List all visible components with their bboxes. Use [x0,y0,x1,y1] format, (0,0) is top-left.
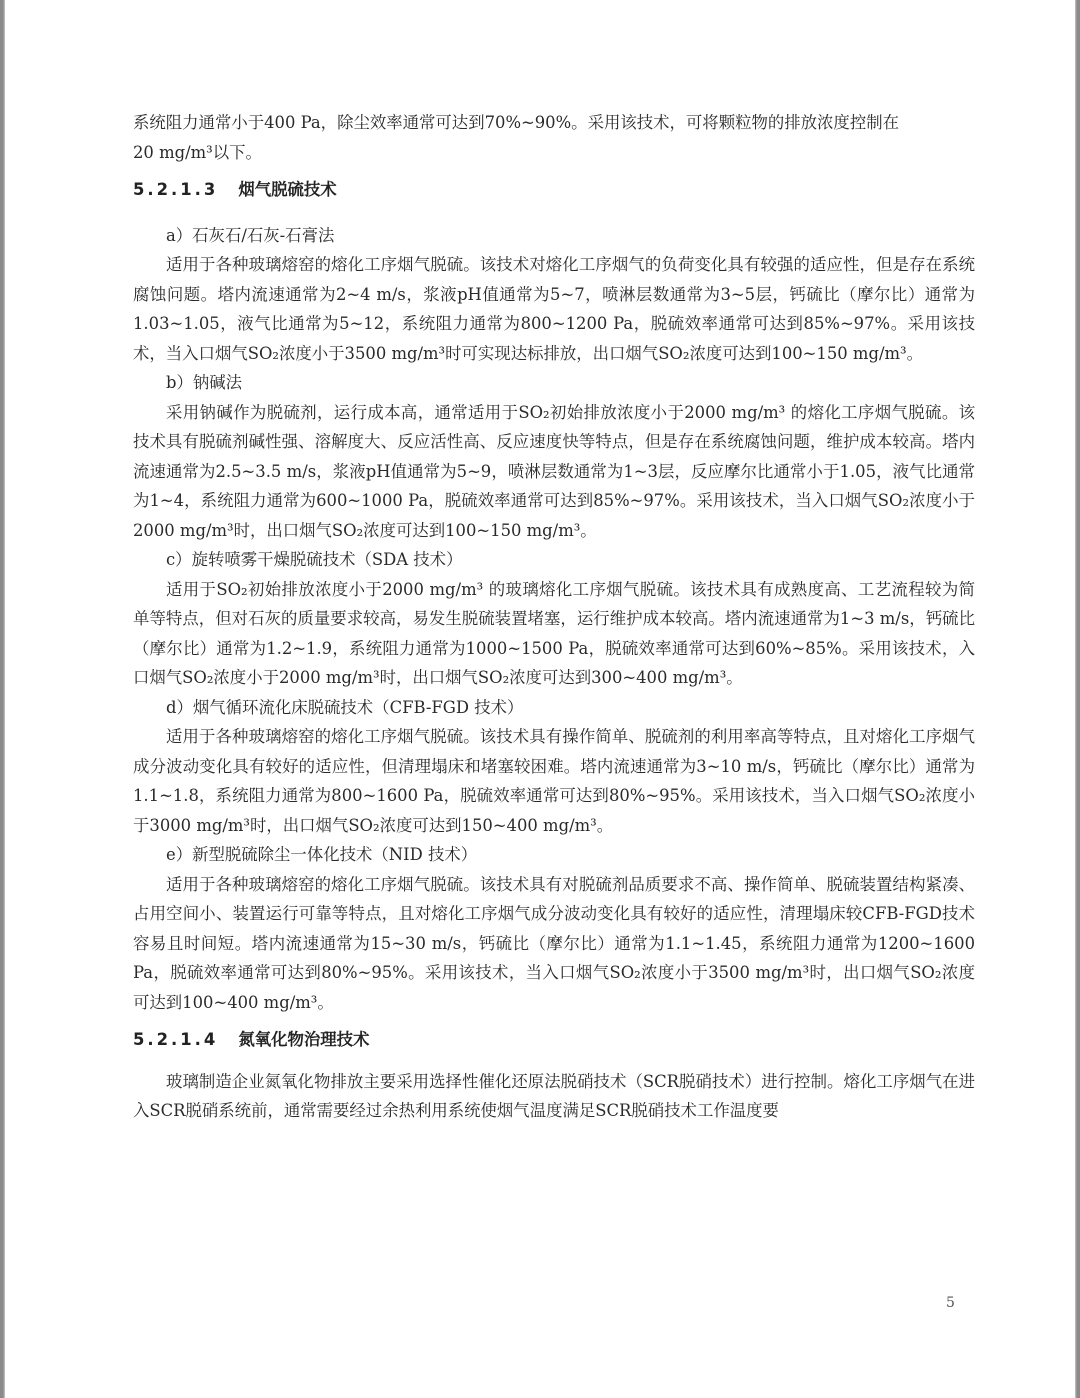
page-edge-left [0,0,5,1398]
item-c-title: c）旋转喷雾干燥脱硫技术（SDA 技术） [133,545,975,575]
intro-line-2: 20 mg/m³以下。 [133,138,975,168]
section-title: 烟气脱硫技术 [238,180,336,199]
section-heading-5-2-1-4: 5.2.1.4氮氧化物治理技术 [133,1025,975,1055]
item-a-title: a）石灰石/石灰-石膏法 [133,221,975,251]
page-number: 5 [946,1295,955,1311]
item-e-body: 适用于各种玻璃熔窑的熔化工序烟气脱硫。该技术具有对脱硫剂品质要求不高、操作简单、… [133,870,975,1018]
intro-line-1: 系统阻力通常小于400 Pa，除尘效率通常可达到70%~90%。采用该技术，可将… [133,108,975,138]
item-d-body: 适用于各种玻璃熔窑的熔化工序烟气脱硫。该技术具有操作简单、脱硫剂的利用率高等特点… [133,722,975,840]
section-title: 氮氧化物治理技术 [238,1030,369,1049]
item-d-title: d）烟气循环流化床脱硫技术（CFB-FGD 技术） [133,693,975,723]
document-page: 系统阻力通常小于400 Pa，除尘效率通常可达到70%~90%。采用该技术，可将… [133,108,975,1126]
item-a-body: 适用于各种玻璃熔窑的熔化工序烟气脱硫。该技术对熔化工序烟气的负荷变化具有较强的适… [133,250,975,368]
item-b-body: 采用钠碱作为脱硫剂，运行成本高，通常适用于SO₂初始排放浓度小于2000 mg/… [133,398,975,546]
item-b-title: b）钠碱法 [133,368,975,398]
section-number: 5.2.1.4 [133,1030,218,1049]
item-e-title: e）新型脱硫除尘一体化技术（NID 技术） [133,840,975,870]
section-heading-5-2-1-3: 5.2.1.3烟气脱硫技术 [133,175,975,205]
section-number: 5.2.1.3 [133,180,218,199]
section-5-2-1-4-body: 玻璃制造企业氮氧化物排放主要采用选择性催化还原法脱硝技术（SCR脱硝技术）进行控… [133,1067,975,1126]
page-edge-right [1075,0,1080,1398]
item-c-body: 适用于SO₂初始排放浓度小于2000 mg/m³ 的玻璃熔化工序烟气脱硫。该技术… [133,575,975,693]
